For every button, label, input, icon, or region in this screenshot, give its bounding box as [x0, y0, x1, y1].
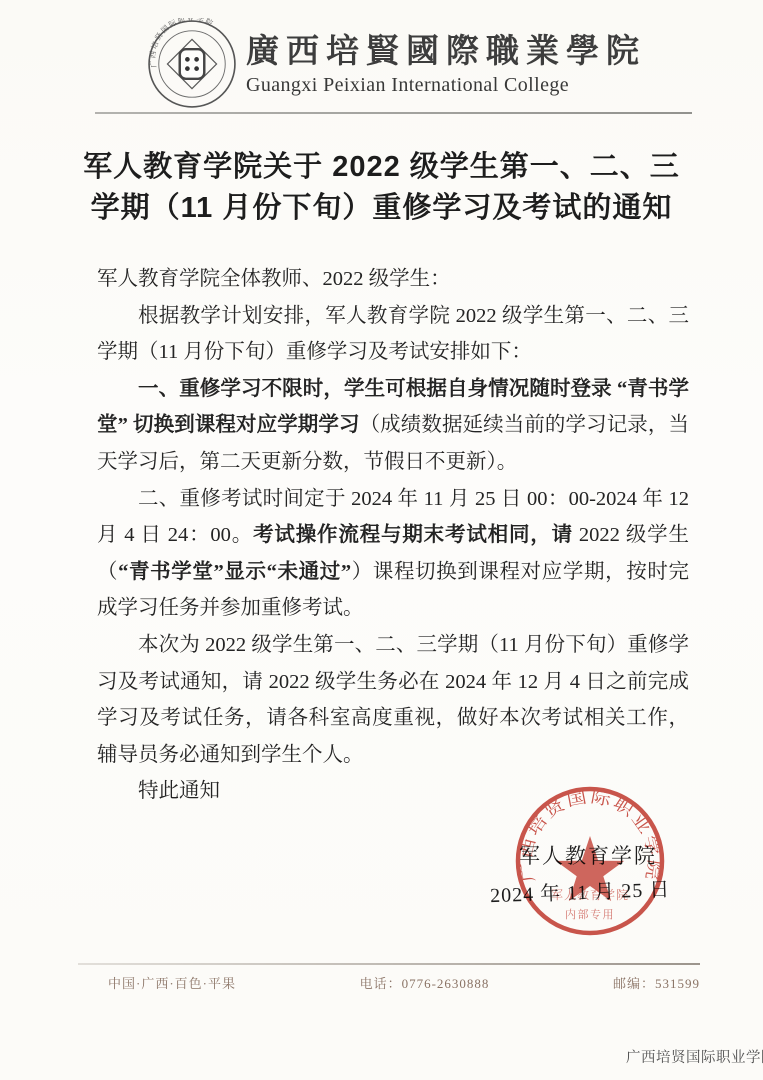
college-name-block: 廣西培賢國際職業學院 Guangxi Peixian International… — [246, 31, 646, 97]
notice-title-line2: 学期（11 月份下旬）重修学习及考试的通知 — [50, 188, 713, 229]
official-seal-stamp: 广西培贤国际职业学院 军人教育学院 内部专用 — [510, 781, 670, 941]
footer-phone: 电话：0776-2630888 — [360, 973, 490, 992]
footer-postcode: 邮编：531599 — [613, 973, 700, 992]
footer: 中国·广西·百色·平果 电话：0776-2630888 邮编：531599 — [108, 973, 700, 992]
paragraph: 二、重修考试时间定于 2024 年 11 月 25 日 00：00-2024 年… — [97, 481, 689, 627]
seal-inner-text: 军人教育学院 — [551, 887, 629, 902]
footer-divider — [78, 963, 700, 965]
notice-title: 军人教育学院关于 2022 级学生第一、二、三 学期（11 月份下旬）重修学习及… — [50, 147, 713, 229]
paragraph: 一、重修学习不限时，学生可根据自身情况随时登录 “青书学堂” 切换到课程对应学期… — [97, 371, 689, 481]
notice-body: 军人教育学院全体教师、2022 级学生： 根据教学计划安排，军人教育学院 202… — [97, 261, 689, 810]
letterhead: 广西培贤国际职业学院 廣西培賢國際職業學院 Guangxi Peixian In… — [146, 18, 646, 110]
salutation: 军人教育学院全体教师、2022 级学生： — [97, 261, 689, 298]
document-page: 广西培贤国际职业学院 廣西培賢國際職業學院 Guangxi Peixian In… — [0, 0, 763, 1080]
footer-address: 中国·广西·百色·平果 — [108, 973, 236, 992]
bold-text-run: 考试操作流程与期末考试相同，请 — [253, 524, 573, 546]
bold-text-run: “青书学堂”显示“未通过” — [118, 561, 351, 583]
paragraph: 本次为 2022 级学生第一、二、三学期（11 月份下旬）重修学习及考试通知，请… — [97, 627, 689, 773]
notice-title-line1: 军人教育学院关于 2022 级学生第一、二、三 — [50, 147, 713, 188]
watermark-college-name: 广西培贤国际职业学院 — [626, 1046, 763, 1067]
college-name-chinese: 廣西培賢國際職業學院 — [246, 31, 646, 71]
header-divider — [95, 112, 692, 114]
text-run: 特此通知 — [138, 780, 220, 802]
seal-bottom-text: 内部专用 — [565, 907, 615, 921]
college-name-english: Guangxi Peixian International College — [246, 73, 646, 97]
body-paragraphs: 根据教学计划安排，军人教育学院 2022 级学生第一、二、三学期（11 月份下旬… — [97, 298, 689, 810]
college-logo: 广西培贤国际职业学院 — [146, 18, 238, 110]
text-run: 根据教学计划安排，军人教育学院 2022 级学生第一、二、三学期（11 月份下旬… — [97, 305, 689, 364]
paragraph: 根据教学计划安排，军人教育学院 2022 级学生第一、二、三学期（11 月份下旬… — [97, 298, 689, 371]
text-run: 本次为 2022 级学生第一、二、三学期（11 月份下旬）重修学习及考试通知，请… — [97, 634, 689, 766]
